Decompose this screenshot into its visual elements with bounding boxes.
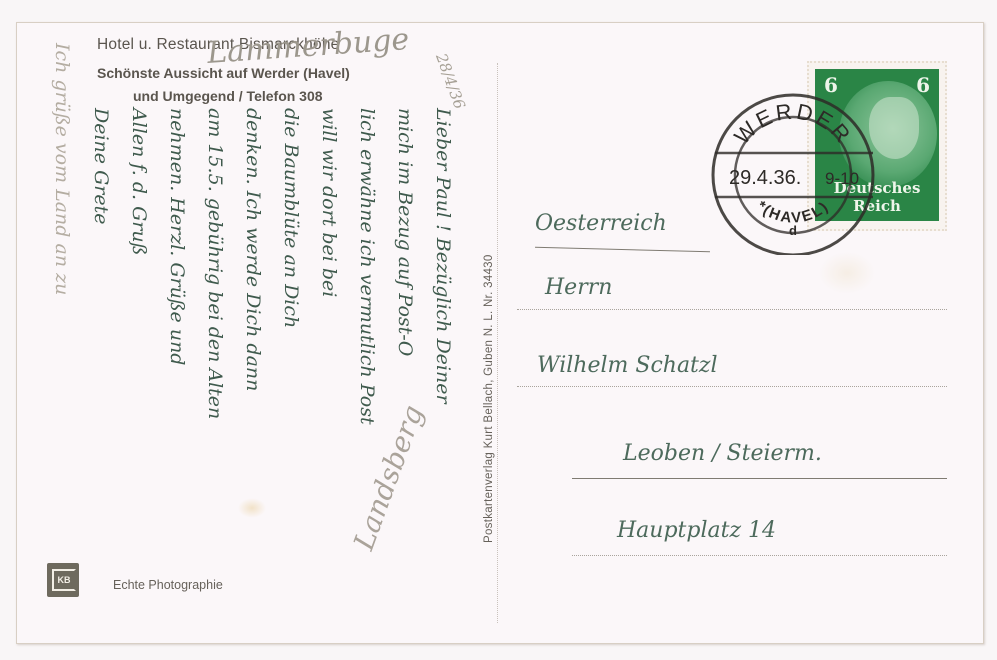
photo-label: Echte Photographie — [113, 578, 223, 592]
postcard: Hotel u. Restaurant Bismarckhöhe Schönst… — [16, 22, 984, 644]
center-divider — [497, 63, 498, 623]
postmark-time: 9-10 — [825, 169, 859, 188]
message-line: Deine Grete — [82, 108, 120, 425]
message-line: mich im Bezug auf Post-O — [386, 108, 424, 425]
message-line: nehmen. Herzl. Grüße und — [158, 108, 196, 425]
address-line-1 — [517, 309, 947, 310]
hotel-phone: und Umgegend / Telefon 308 — [133, 88, 323, 104]
message-line: will wir dort bei bei — [310, 108, 348, 425]
address-name: Wilhelm Schatzl — [537, 353, 718, 378]
postmark-town: WERDER — [729, 98, 857, 149]
message-line: Allen f. d. Gruß — [120, 108, 158, 425]
address-line-4 — [572, 555, 947, 556]
message-line: denken. Ich werde Dich dann — [234, 108, 272, 425]
pencil-scribble-top: Lammerbuge — [206, 22, 410, 71]
address-country: Oesterreich — [535, 211, 667, 236]
message-line: Lieber Paul ! Bezüglich Deiner — [424, 108, 462, 425]
handwritten-message: Lieber Paul ! Bezüglich Deiner mich im B… — [82, 108, 462, 425]
publisher-logo-icon: KB — [47, 563, 79, 597]
svg-text:WERDER: WERDER — [729, 98, 857, 149]
message-line: am 15.5. gebührig bei den Alten — [196, 108, 234, 425]
postmark-date: 29.4.36. — [729, 167, 801, 189]
message-line: lich erwähne ich vermutlich Post — [348, 108, 386, 425]
signature: Grete — [90, 170, 112, 224]
stamp-value-right: 6 — [916, 73, 930, 97]
address-street: Hauptplatz 14 — [617, 518, 776, 543]
message-line: die Baumblüte an Dich — [272, 108, 310, 425]
pencil-date-note: 28/4/36 — [432, 51, 469, 111]
postmark-cancel-icon: WERDER *(HAVEL) 29.4.36. 9-10 d — [707, 83, 879, 255]
postmark-letter: d — [789, 223, 797, 238]
address-line-2 — [517, 386, 947, 387]
country-underline — [535, 247, 710, 253]
pencil-margin-note: Ich grüße vom Land an zu — [47, 43, 77, 295]
address-city: Leoben / Steierm. — [623, 441, 822, 466]
address-salutation: Herrn — [545, 275, 612, 300]
city-underline — [572, 478, 947, 479]
publisher-imprint: Postkartenverlag Kurt Bellach, Guben N. … — [483, 254, 495, 543]
